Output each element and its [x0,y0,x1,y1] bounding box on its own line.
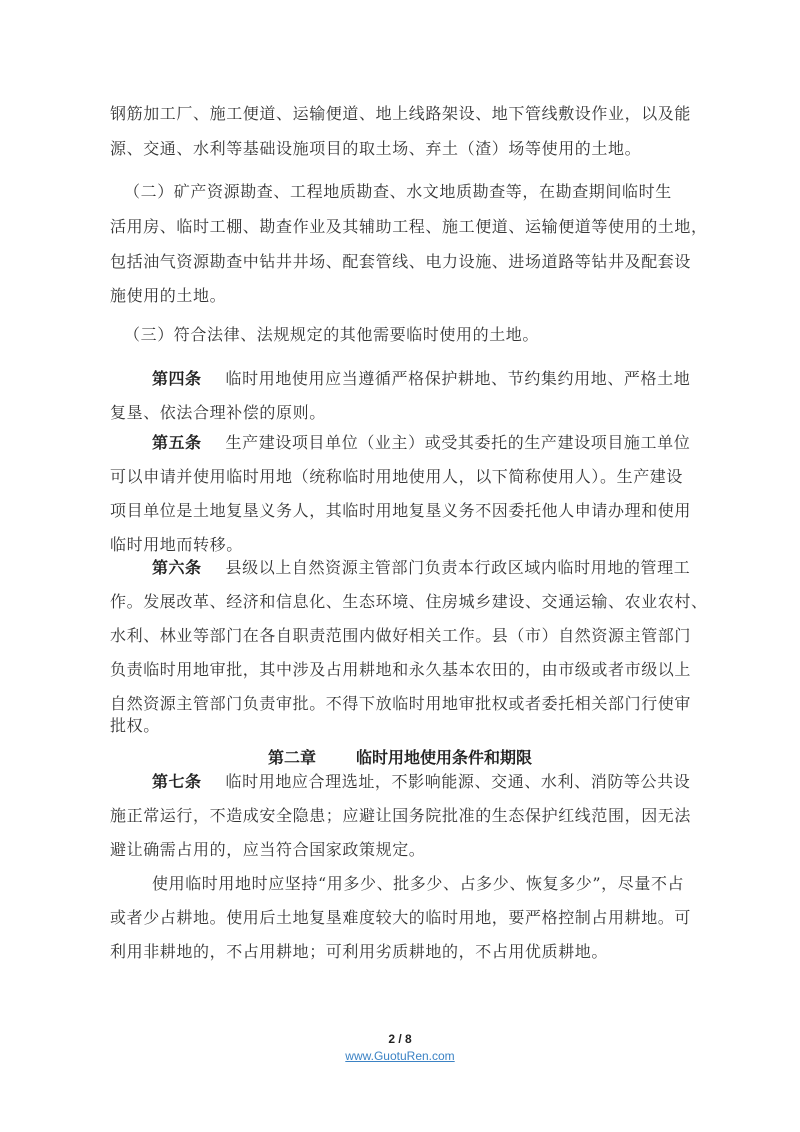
line-text: 水利、林业等部门在各自职责范围内做好相关工作。县（市）自然资源主管部门 [110,626,691,645]
line-2: （二）矿产资源勘查、工程地质勘查、水文地质勘查等，在勘查期间临时生 [124,182,672,202]
article-label: 第六条 [152,558,202,577]
line-text: 包括油气资源勘查中钻井井场、配套管线、电力设施、进场道路等钻井及配套设 [110,252,691,271]
chapter-heading: 第二章临时用地使用条件和期限 [0,748,800,768]
line-5: 施使用的土地。 [110,286,226,306]
line-text: 自然资源主管部门负责审批。不得下放临时用地审批权或者委托相关部门行使审 [110,694,691,713]
line-text: 临时用地应合理选址，不影响能源、交通、水利、消防等公共设 [226,772,691,791]
line-text: 临时用地而转移。 [110,535,243,554]
line-text: 负责临时用地审批，其中涉及占用耕地和永久基本农田的，由市级或者市级以上 [110,660,691,679]
line-23: 或者少占耕地。使用后土地复垦难度较大的临时用地，要严格控制占用耕地。可 [110,908,691,928]
line-text: 或者少占耕地。使用后土地复垦难度较大的临时用地，要严格控制占用耕地。可 [110,908,691,927]
line-1: 源、交通、水利等基础设施项目的取土场、弃土（渣）场等使用的土地。 [110,139,641,159]
article-6-line: 第六条县级以上自然资源主管部门负责本行政区域内临时用地的管理工 [152,558,690,578]
article-label: 第四条 [152,369,202,388]
line-text: （三）符合法律、法规规定的其他需要临时使用的土地。 [124,325,539,344]
line-14: 作。发展改革、经济和信息化、生态环境、住房城乡建设、交通运输、农业农村、 [110,592,708,612]
line-text: 避让确需占用的，应当符合国家政策规定。 [110,840,425,859]
website-link[interactable]: www.GuotuRen.com [345,1049,454,1063]
line-text: 活用房、临时工棚、勘查作业及其辅助工程、施工便道、运输便道等使用的土地， [110,217,708,236]
article-7-line: 第七条临时用地应合理选址，不影响能源、交通、水利、消防等公共设 [152,772,690,792]
line-text: 使用临时用地时应坚持“用多少、批多少、占多少、恢复多少”，尽量不占 [152,874,684,893]
line-16: 负责临时用地审批，其中涉及占用耕地和永久基本农田的，由市级或者市级以上 [110,660,691,680]
line-18: 批权。 [110,716,160,736]
page-indicator: 2 / 8 [0,1032,800,1046]
line-8: 复垦、依法合理补偿的原则。 [110,403,326,423]
line-20: 施正常运行，不造成安全隐患；应避让国务院批准的生态保护红线范围，因无法 [110,806,691,826]
line-text: 县级以上自然资源主管部门负责本行政区域内临时用地的管理工 [226,558,691,577]
line-6: （三）符合法律、法规规定的其他需要临时使用的土地。 [124,325,539,345]
line-text: 施使用的土地。 [110,286,226,305]
chapter-title: 临时用地使用条件和期限 [356,748,532,767]
line-text: 钢筋加工厂、施工便道、运输便道、地上线路架设、地下管线敷设作业，以及能 [110,104,691,123]
line-text: 施正常运行，不造成安全隐患；应避让国务院批准的生态保护红线范围，因无法 [110,806,691,825]
line-text: 作。发展改革、经济和信息化、生态环境、住房城乡建设、交通运输、农业农村、 [110,592,708,611]
line-text: 项目单位是土地复垦义务人，其临时用地复垦义务不因委托他人申请办理和使用 [110,501,691,520]
line-text: 可以申请并使用临时用地（统称临时用地使用人，以下简称使用人）。生产建设 [110,467,683,486]
line-text: 批权。 [110,716,160,735]
line-3: 活用房、临时工棚、勘查作业及其辅助工程、施工便道、运输便道等使用的土地， [110,217,708,237]
article-4-line: 第四条临时用地使用应当遵循严格保护耕地、节约集约用地、严格土地 [152,369,690,389]
line-text: 生产建设项目单位（业主）或受其委托的生产建设项目施工单位 [226,433,691,452]
article-label: 第七条 [152,772,202,791]
document-page: 钢筋加工厂、施工便道、运输便道、地上线路架设、地下管线敷设作业，以及能 源、交通… [0,0,800,1132]
line-22: 使用临时用地时应坚持“用多少、批多少、占多少、恢复多少”，尽量不占 [152,874,684,894]
line-24: 利用非耕地的，不占用耕地；可利用劣质耕地的，不占用优质耕地。 [110,942,608,962]
line-text: （二）矿产资源勘查、工程地质勘查、水文地质勘查等，在勘查期间临时生 [124,182,672,201]
line-12: 临时用地而转移。 [110,535,243,555]
line-0: 钢筋加工厂、施工便道、运输便道、地上线路架设、地下管线敷设作业，以及能 [110,104,691,124]
line-text: 源、交通、水利等基础设施项目的取土场、弃土（渣）场等使用的土地。 [110,139,641,158]
chapter-number: 第二章 [268,748,316,767]
line-10: 可以申请并使用临时用地（统称临时用地使用人，以下简称使用人）。生产建设 [110,467,683,487]
line-11: 项目单位是土地复垦义务人，其临时用地复垦义务不因委托他人申请办理和使用 [110,501,691,521]
line-4: 包括油气资源勘查中钻井井场、配套管线、电力设施、进场道路等钻井及配套设 [110,252,691,272]
line-text: 复垦、依法合理补偿的原则。 [110,403,326,422]
line-21: 避让确需占用的，应当符合国家政策规定。 [110,840,425,860]
line-text: 临时用地使用应当遵循严格保护耕地、节约集约用地、严格土地 [226,369,691,388]
line-text: 利用非耕地的，不占用耕地；可利用劣质耕地的，不占用优质耕地。 [110,942,608,961]
article-label: 第五条 [152,433,202,452]
website-footer: www.GuotuRen.com [0,1049,800,1063]
article-5-line: 第五条生产建设项目单位（业主）或受其委托的生产建设项目施工单位 [152,433,690,453]
line-15: 水利、林业等部门在各自职责范围内做好相关工作。县（市）自然资源主管部门 [110,626,691,646]
line-17: 自然资源主管部门负责审批。不得下放临时用地审批权或者委托相关部门行使审 [110,694,691,714]
